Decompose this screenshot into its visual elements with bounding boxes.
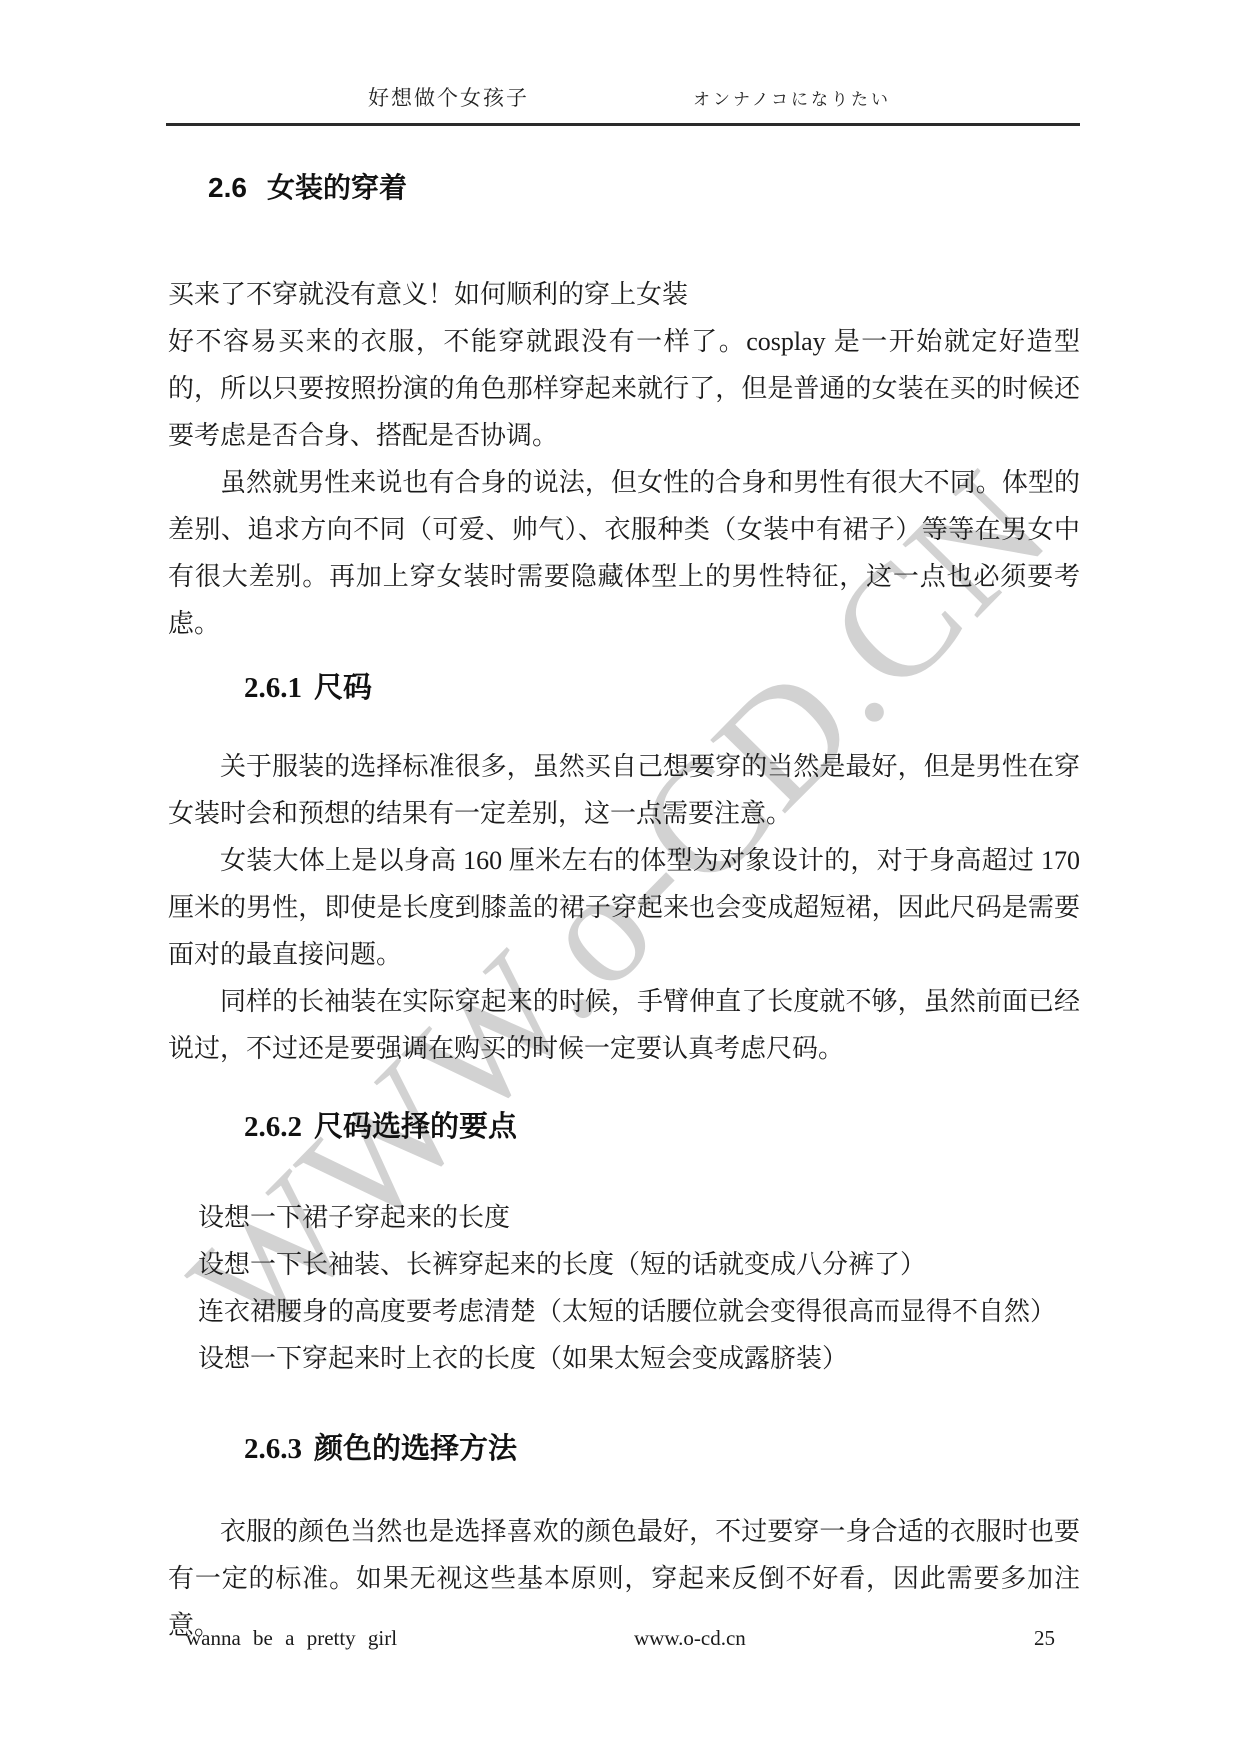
subsection-3-number: 2.6.3 <box>244 1433 302 1465</box>
subsection-1-number: 2.6.1 <box>244 672 302 704</box>
paragraph-size-3: 同样的长袖装在实际穿起来的时候，手臂伸直了长度就不够，虽然前面已经说过，不过还是… <box>168 978 1080 1072</box>
footer-page-number: 25 <box>1034 1626 1055 1651</box>
paragraph-intro-1: 好不容易买来的衣服，不能穿就跟没有一样了。cosplay 是一开始就定好造型的，… <box>168 318 1080 459</box>
list-item: 设想一下裙子穿起来的长度 <box>198 1194 1080 1241</box>
subsection-1-title: 尺码 <box>314 672 372 704</box>
section-title: 女装的穿着 <box>267 173 407 204</box>
document-page: WWW.o-CD.CN 好想做个女孩子 オンナノコになりたい 2.6女装的穿着 … <box>0 0 1241 1755</box>
list-item: 设想一下穿起来时上衣的长度（如果太短会变成露脐装） <box>198 1335 1080 1382</box>
paragraph-intro-2: 虽然就男性来说也有合身的说法，但女性的合身和男性有很大不同。体型的差别、追求方向… <box>168 459 1080 647</box>
list-item: 设想一下长袖装、长裤穿起来的长度（短的话就变成八分裤了） <box>198 1241 1080 1288</box>
subsection-2-number: 2.6.2 <box>244 1111 302 1143</box>
paragraph-size-2: 女装大体上是以身高 160 厘米左右的体型为对象设计的，对于身高超过 170 厘… <box>168 837 1080 978</box>
paragraph-size-1: 关于服装的选择标准很多，虽然买自己想要穿的当然是最好，但是男性在穿女装时会和预想… <box>168 743 1080 837</box>
subsection-2-title: 尺码选择的要点 <box>314 1111 517 1143</box>
subsection-1-heading: 2.6.1尺码 <box>244 669 1080 707</box>
size-points-list: 设想一下裙子穿起来的长度 设想一下长袖装、长裤穿起来的长度（短的话就变成八分裤了… <box>168 1194 1080 1382</box>
subsection-3-heading: 2.6.3颜色的选择方法 <box>244 1430 1080 1468</box>
page-body: 2.6女装的穿着 买来了不穿就没有意义！如何顺利的穿上女装 好不容易买来的衣服，… <box>168 0 1080 1649</box>
section-number: 2.6 <box>208 172 247 203</box>
subsection-2-heading: 2.6.2尺码选择的要点 <box>244 1108 1080 1146</box>
subsection-3-title: 颜色的选择方法 <box>314 1433 517 1465</box>
section-heading: 2.6女装的穿着 <box>208 170 1080 207</box>
section-tagline: 买来了不穿就没有意义！如何顺利的穿上女装 <box>168 271 1080 318</box>
footer-url: www.o-cd.cn <box>634 1626 746 1651</box>
footer-motto: wanna be a pretty girl <box>186 1626 397 1651</box>
list-item: 连衣裙腰身的高度要考虑清楚（太短的话腰位就会变得很高而显得不自然） <box>198 1288 1080 1335</box>
